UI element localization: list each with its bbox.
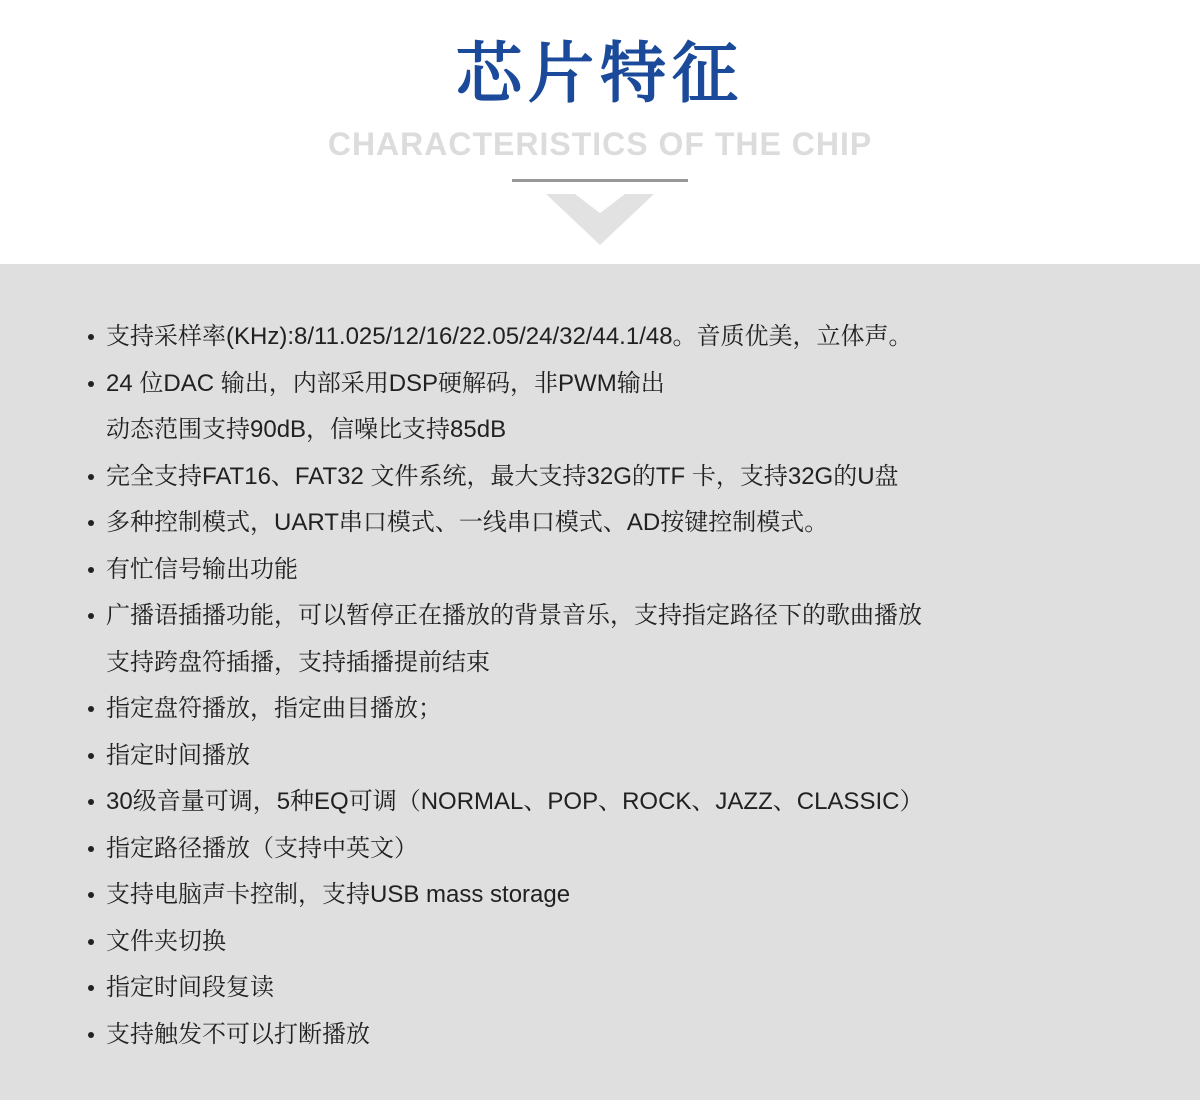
bullet-dot-icon	[88, 686, 106, 733]
bullet-dot-icon	[88, 361, 106, 408]
bullet-dot-icon	[88, 593, 106, 640]
bullet-dot-icon	[88, 872, 106, 919]
feature-line: 有忙信号输出功能	[88, 547, 1160, 594]
page-subtitle: CHARACTERISTICS OF THE CHIP	[0, 128, 1200, 160]
feature-text: 30级音量可调，5种EQ可调（NORMAL、POP、ROCK、JAZZ、CLAS…	[106, 779, 1160, 826]
feature-text: 支持触发不可以打断播放	[106, 1012, 1160, 1059]
bullet-spacer	[88, 407, 106, 454]
bullet-dot-icon	[88, 733, 106, 780]
page-title: 芯片特征	[0, 40, 1200, 106]
feature-line: 24 位DAC 输出，内部采用DSP硬解码，非PWM输出	[88, 361, 1160, 408]
bullet-dot-icon	[88, 965, 106, 1012]
feature-line: 支持触发不可以打断播放	[88, 1012, 1160, 1059]
feature-line: 完全支持FAT16、FAT32 文件系统，最大支持32G的TF 卡，支持32G的…	[88, 454, 1160, 501]
features-panel: 支持采样率(KHz):8/11.025/12/16/22.05/24/32/44…	[0, 264, 1200, 1100]
feature-line: 30级音量可调，5种EQ可调（NORMAL、POP、ROCK、JAZZ、CLAS…	[88, 779, 1160, 826]
feature-line: 指定盘符播放，指定曲目播放；	[88, 686, 1160, 733]
feature-line: 广播语插播功能，可以暂停正在播放的背景音乐，支持指定路径下的歌曲播放	[88, 593, 1160, 640]
feature-line: 指定路径播放（支持中英文）	[88, 826, 1160, 873]
feature-text: 指定时间段复读	[106, 965, 1160, 1012]
feature-line: 文件夹切换	[88, 919, 1160, 966]
chevron-down-icon	[0, 194, 1200, 245]
bullet-dot-icon	[88, 500, 106, 547]
feature-text: 多种控制模式，UART串口模式、一线串口模式、AD按键控制模式。	[106, 500, 1160, 547]
feature-text: 指定路径播放（支持中英文）	[106, 826, 1160, 873]
bullet-dot-icon	[88, 779, 106, 826]
feature-text: 指定时间播放	[106, 733, 1160, 780]
feature-line: 支持采样率(KHz):8/11.025/12/16/22.05/24/32/44…	[88, 314, 1160, 361]
feature-line: 指定时间播放	[88, 733, 1160, 780]
feature-text: 有忙信号输出功能	[106, 547, 1160, 594]
feature-text: 支持跨盘符插播，支持插播提前结束	[106, 640, 1160, 687]
feature-line: 支持电脑声卡控制，支持USB mass storage	[88, 872, 1160, 919]
bullet-spacer	[88, 640, 106, 687]
feature-line: 指定时间段复读	[88, 965, 1160, 1012]
bullet-dot-icon	[88, 454, 106, 501]
feature-text: 支持电脑声卡控制，支持USB mass storage	[106, 872, 1160, 919]
feature-text: 24 位DAC 输出，内部采用DSP硬解码，非PWM输出	[106, 361, 1160, 408]
feature-text: 完全支持FAT16、FAT32 文件系统，最大支持32G的TF 卡，支持32G的…	[106, 454, 1160, 501]
page-header: 芯片特征 CHARACTERISTICS OF THE CHIP	[0, 0, 1200, 264]
feature-text: 广播语插播功能，可以暂停正在播放的背景音乐，支持指定路径下的歌曲播放	[106, 593, 1160, 640]
feature-line: 多种控制模式，UART串口模式、一线串口模式、AD按键控制模式。	[88, 500, 1160, 547]
divider-line	[512, 179, 688, 182]
feature-text: 动态范围支持90dB，信噪比支持85dB	[106, 407, 1160, 454]
bullet-dot-icon	[88, 919, 106, 966]
bullet-dot-icon	[88, 547, 106, 594]
bullet-dot-icon	[88, 1012, 106, 1059]
feature-text: 指定盘符播放，指定曲目播放；	[106, 686, 1160, 733]
bullet-dot-icon	[88, 314, 106, 361]
feature-line-continuation: 动态范围支持90dB，信噪比支持85dB	[88, 407, 1160, 454]
feature-line-continuation: 支持跨盘符插播，支持插播提前结束	[88, 640, 1160, 687]
bullet-dot-icon	[88, 826, 106, 873]
feature-text: 支持采样率(KHz):8/11.025/12/16/22.05/24/32/44…	[106, 314, 1160, 361]
feature-text: 文件夹切换	[106, 919, 1160, 966]
